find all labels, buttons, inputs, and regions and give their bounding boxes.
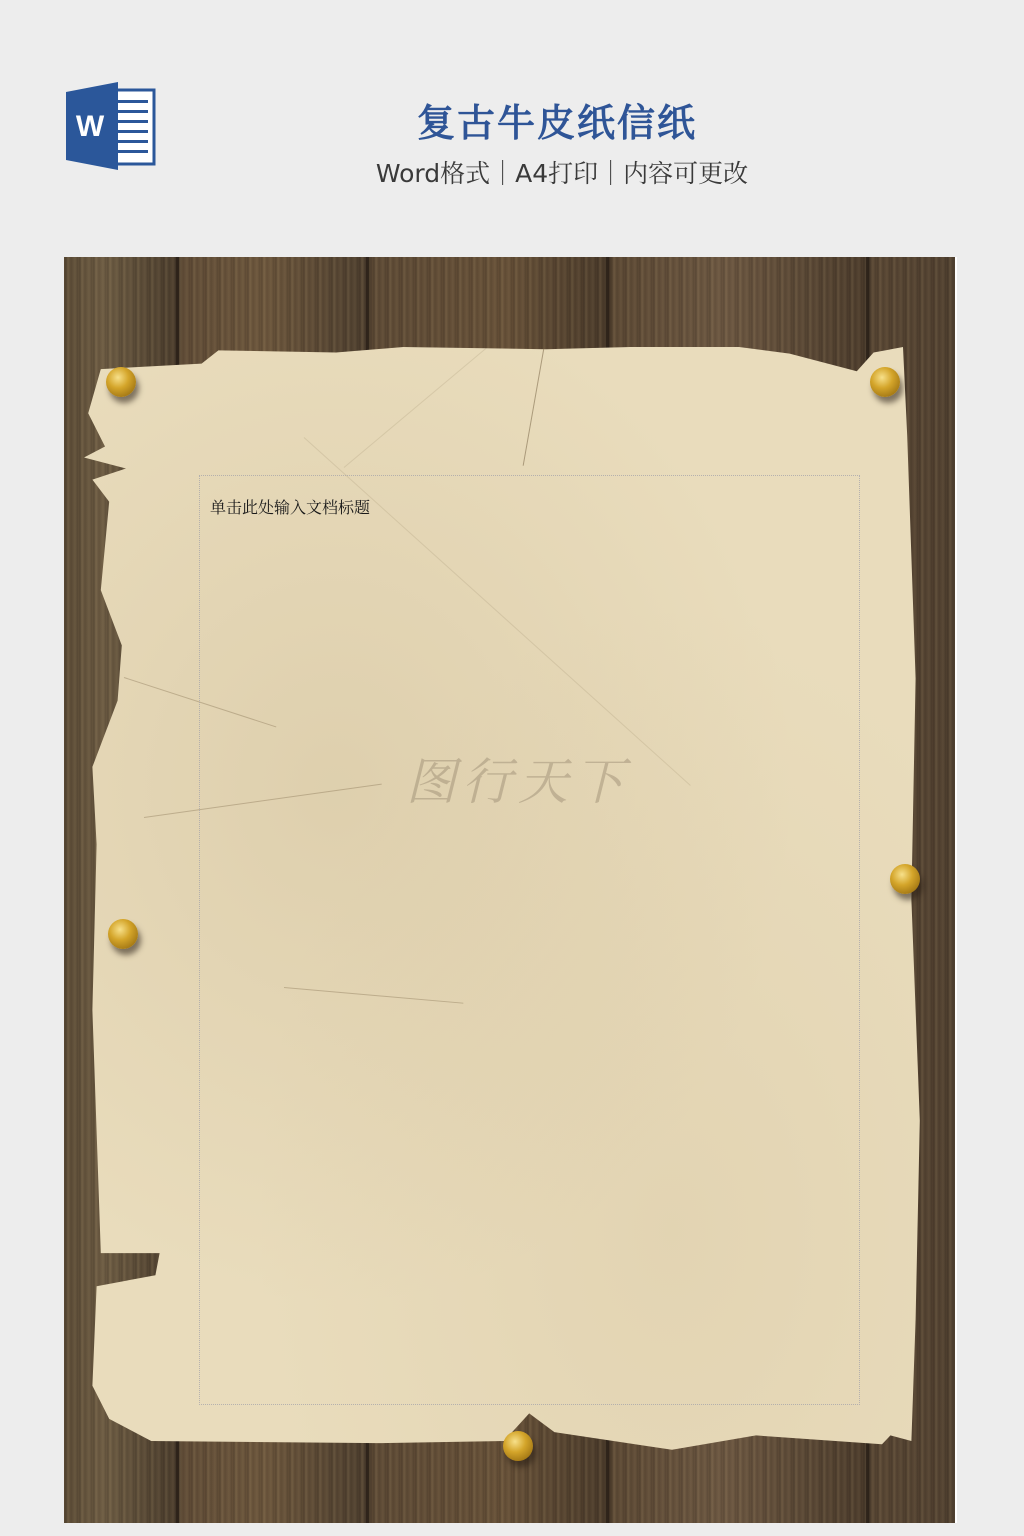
page-title: 复古牛皮纸信纸 bbox=[0, 92, 1024, 147]
text-boundary bbox=[199, 475, 860, 1405]
document-title-field[interactable]: 单击此处输入文档标题 bbox=[210, 495, 370, 518]
page-subtitle: Word格式｜A4打印｜内容可更改 bbox=[0, 154, 1024, 190]
pin-icon bbox=[108, 919, 138, 949]
document-page: 单击此处输入文档标题 图行天下 bbox=[64, 257, 957, 1523]
pin-icon bbox=[890, 864, 920, 894]
pin-icon bbox=[870, 367, 900, 397]
pin-icon bbox=[106, 367, 136, 397]
pin-icon bbox=[503, 1431, 533, 1461]
wood-background: 单击此处输入文档标题 图行天下 bbox=[64, 257, 955, 1523]
paper-crease bbox=[523, 347, 545, 465]
watermark: 图行天下 bbox=[406, 742, 630, 814]
kraft-paper-sheet: 单击此处输入文档标题 图行天下 bbox=[84, 347, 924, 1452]
